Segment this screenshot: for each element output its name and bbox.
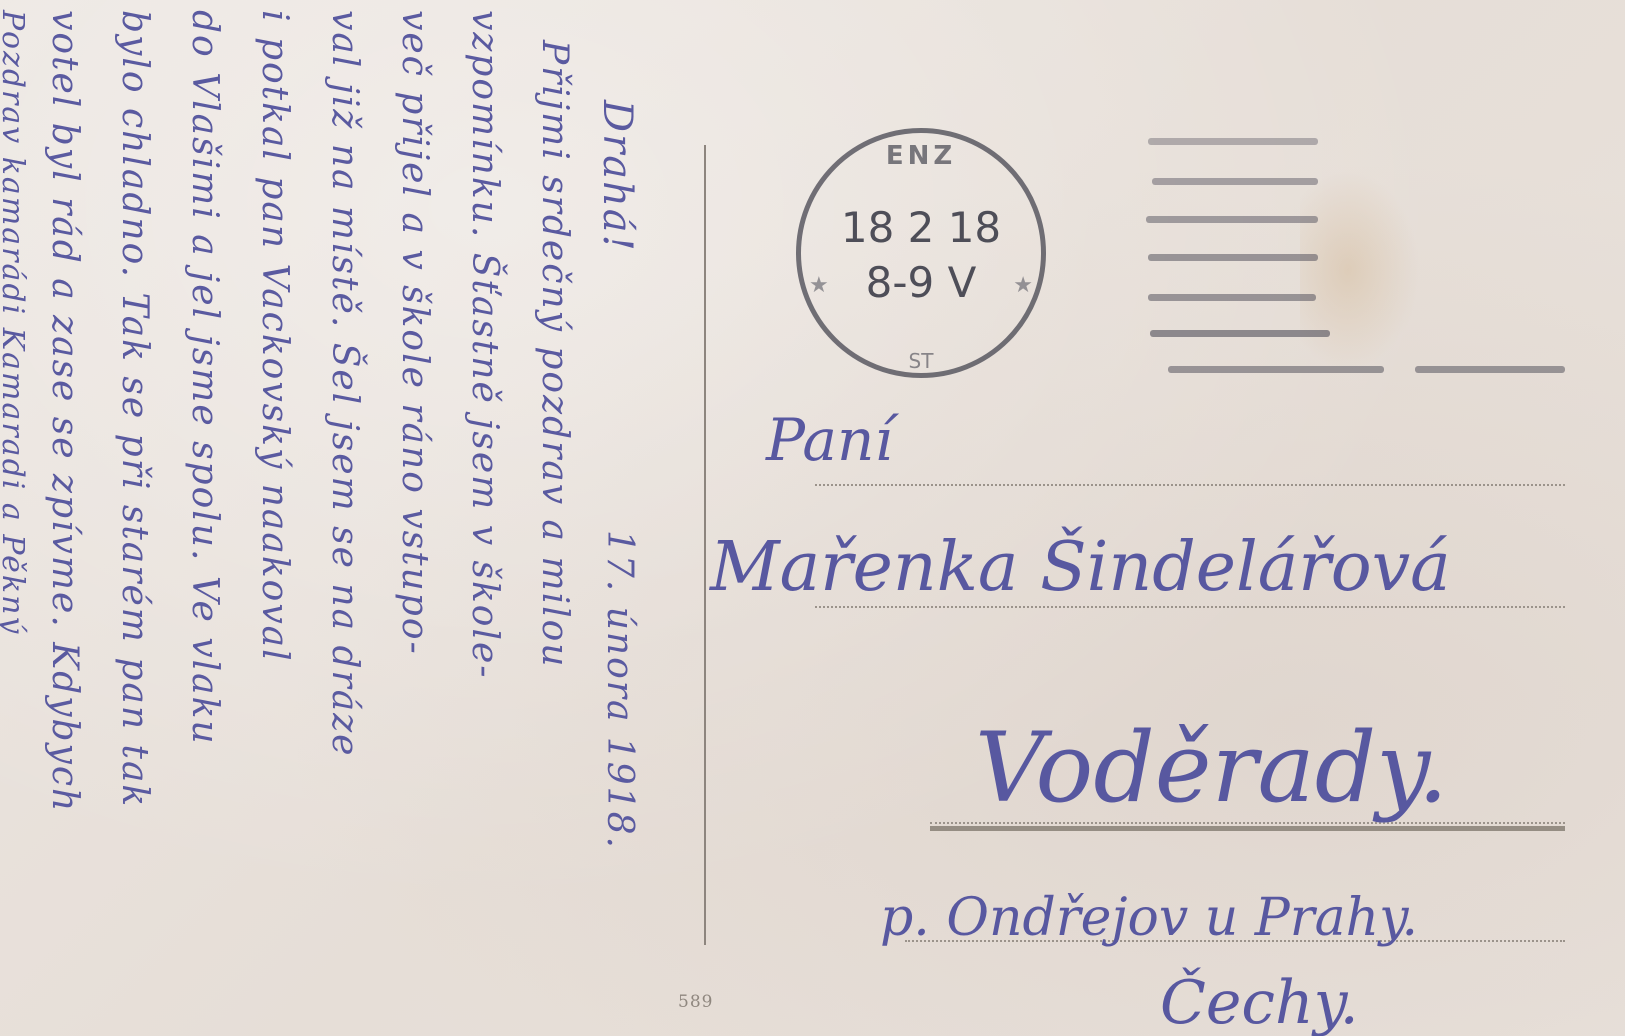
- water-stain: [1300, 170, 1420, 370]
- cancellation-bar: [1415, 366, 1565, 373]
- cancellation-bar: [1150, 330, 1330, 337]
- star-icon: ★: [1013, 273, 1033, 298]
- address-line: [815, 484, 1565, 486]
- center-divider: [704, 145, 706, 945]
- cancellation-bar: [1168, 366, 1384, 373]
- postmark-time: 8-9 V: [801, 258, 1041, 307]
- cancellation-bar: [1148, 254, 1318, 261]
- address-town: Voděrady.: [975, 712, 1448, 824]
- cancellation-bar: [1148, 294, 1316, 301]
- letter-line: val již na místě. Šel jsem se na dráze: [324, 10, 365, 757]
- postmark-bottom: ST: [801, 349, 1041, 373]
- postmark-stamp: ENZ 18 2 18 8-9 V ★ ★ ST: [796, 128, 1046, 378]
- postmark-date: 18 2 18: [801, 203, 1041, 252]
- postcard-back: Drahá! 17. února 1918. Přijmi srdečný po…: [0, 0, 1625, 1036]
- cancellation-bar: [1148, 138, 1318, 145]
- letter-line: bylo chladno. Tak se při starém pan tak: [114, 10, 155, 808]
- postmark-city: ENZ: [801, 141, 1041, 171]
- handwritten-letter: Drahá! 17. února 1918. Přijmi srdečný po…: [0, 0, 680, 1036]
- address-rule: [930, 826, 1565, 831]
- address-name: Mařenka Šindelářová: [710, 528, 1451, 607]
- address-post: p. Ondřejov u Prahy.: [880, 888, 1418, 948]
- letter-line: Pozdrav kamarádi Kamaradi a Pěkný: [0, 10, 30, 635]
- cancellation-bar: [1152, 178, 1318, 185]
- letter-line: votel byl rád a zase se zpívme. Kdybych: [44, 10, 85, 813]
- letter-greeting: Drahá!: [594, 100, 640, 253]
- letter-line: do Vlašimi a jel jsme spolu. Ve vlaku: [184, 10, 225, 746]
- letter-line: Přijmi srdečný pozdrav a milou: [534, 40, 575, 668]
- letter-date: 17. února 1918.: [599, 530, 640, 850]
- print-number: 589: [678, 992, 713, 1012]
- cancellation-bar: [1146, 216, 1318, 223]
- address-country: Čechy.: [1160, 968, 1359, 1036]
- letter-line: i potkal pan Vackovský naakoval: [254, 10, 295, 663]
- letter-line: več přijel a v škole ráno vstupo-: [394, 10, 435, 656]
- star-icon: ★: [809, 273, 829, 298]
- letter-line: vzpomínku. Šťastně jsem v škole-: [464, 10, 505, 679]
- address-salutation: Paní: [766, 406, 893, 474]
